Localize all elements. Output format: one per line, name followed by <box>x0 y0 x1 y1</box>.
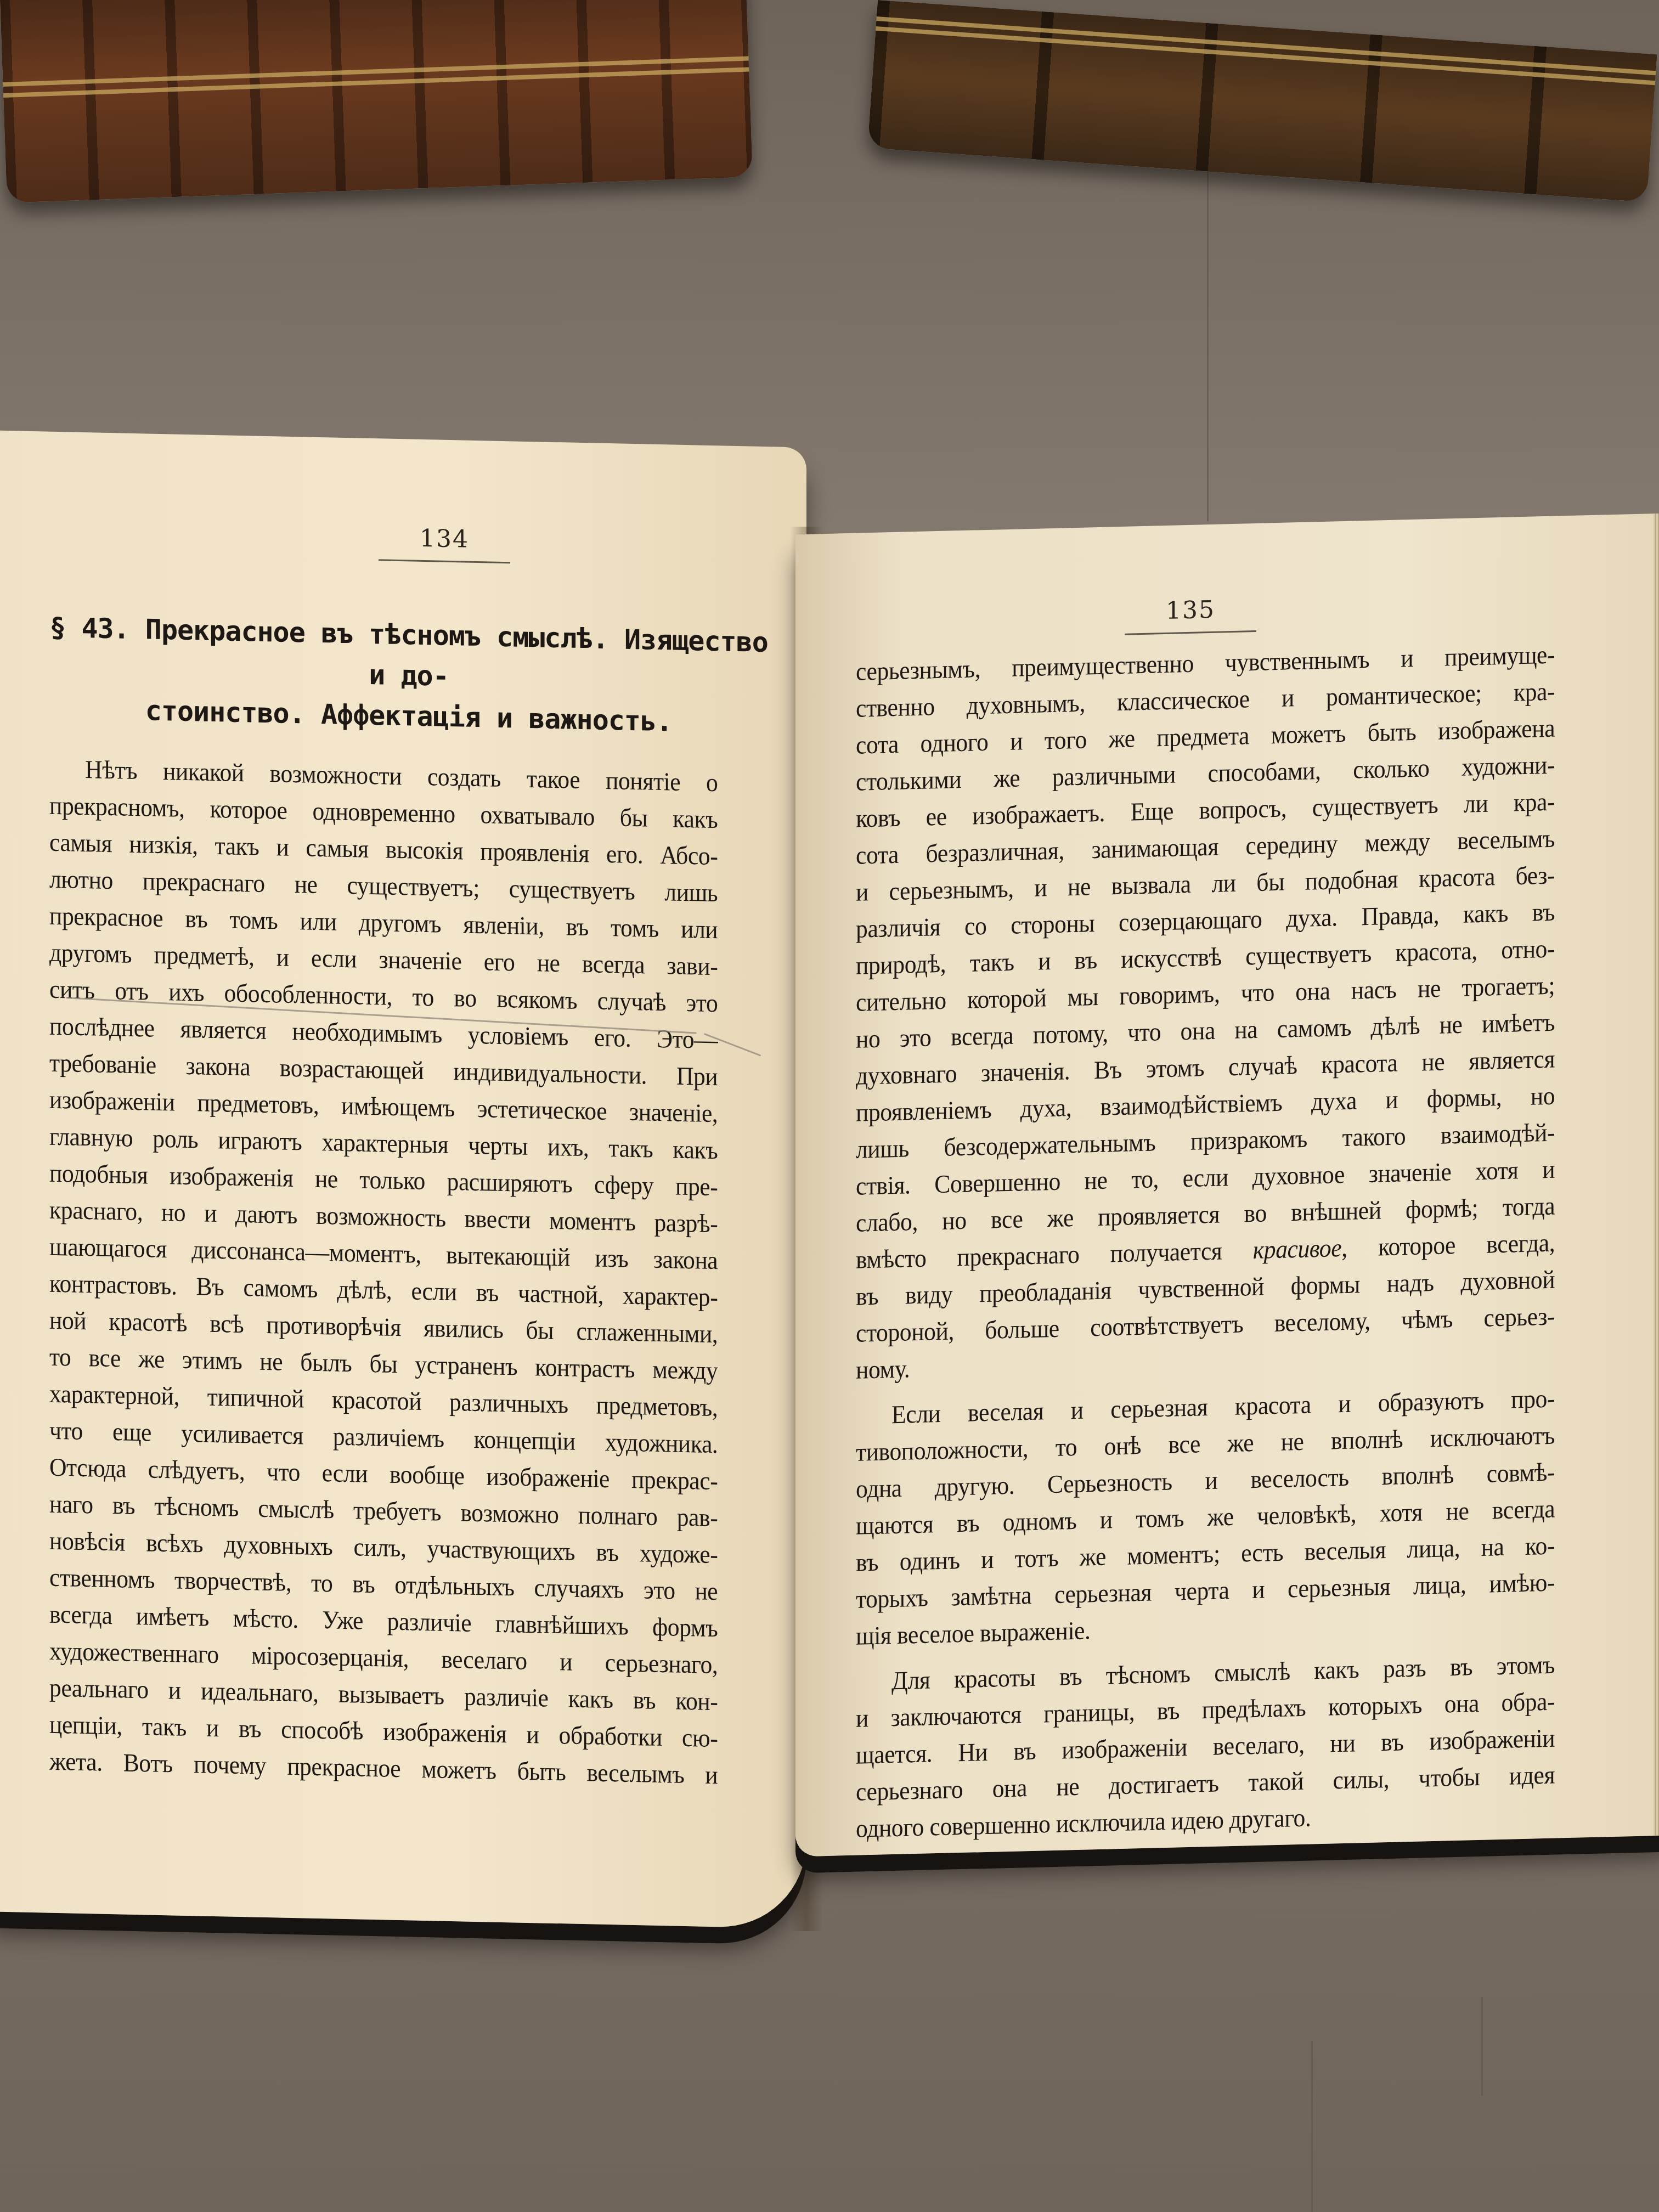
left-page-text: § 43. Прекрасное въ тѣсномъ смыслѣ. Изящ… <box>49 607 768 1795</box>
paragraph: Для красоты въ тѣсномъ смыслѣ какъ разъ … <box>856 1645 1607 1847</box>
text-run: , которое всегда, <box>1341 1229 1555 1263</box>
page-number: 134 <box>373 523 516 563</box>
page-number-rule <box>379 559 510 563</box>
emphasized-word: красивое <box>1253 1234 1341 1265</box>
page-number-rule <box>1125 630 1256 635</box>
left-page: 134 § 43. Прекрасное въ тѣсномъ смыслѣ. … <box>0 430 806 1928</box>
section-heading: § 43. Прекрасное въ тѣсномъ смыслѣ. Изящ… <box>49 607 768 744</box>
page-number-text: 135 <box>1166 596 1215 625</box>
paragraph: Если веселая и серьезная красота и образ… <box>856 1379 1607 1655</box>
page-number: 135 <box>1119 595 1262 635</box>
heading-line: § 43. Прекрасное въ тѣсномъ смыслѣ. Изящ… <box>49 607 768 703</box>
page-edges <box>1654 513 1659 1836</box>
open-book: 134 § 43. Прекрасное въ тѣсномъ смыслѣ. … <box>0 0 1659 2212</box>
page-number-text: 134 <box>420 524 469 554</box>
right-page: 135 серьезнымъ, преимущественно чувствен… <box>795 513 1659 1857</box>
left-paragraph: Нѣтъ никакой возможности создать такое п… <box>49 751 768 1795</box>
right-page-text: серьезнымъ, преимущественно чувственнымъ… <box>856 635 1607 1847</box>
text-run: вмѣсто прекраснаго получается <box>856 1236 1253 1274</box>
paragraph: серьезнымъ, преимущественно чувственнымъ… <box>856 635 1607 1389</box>
